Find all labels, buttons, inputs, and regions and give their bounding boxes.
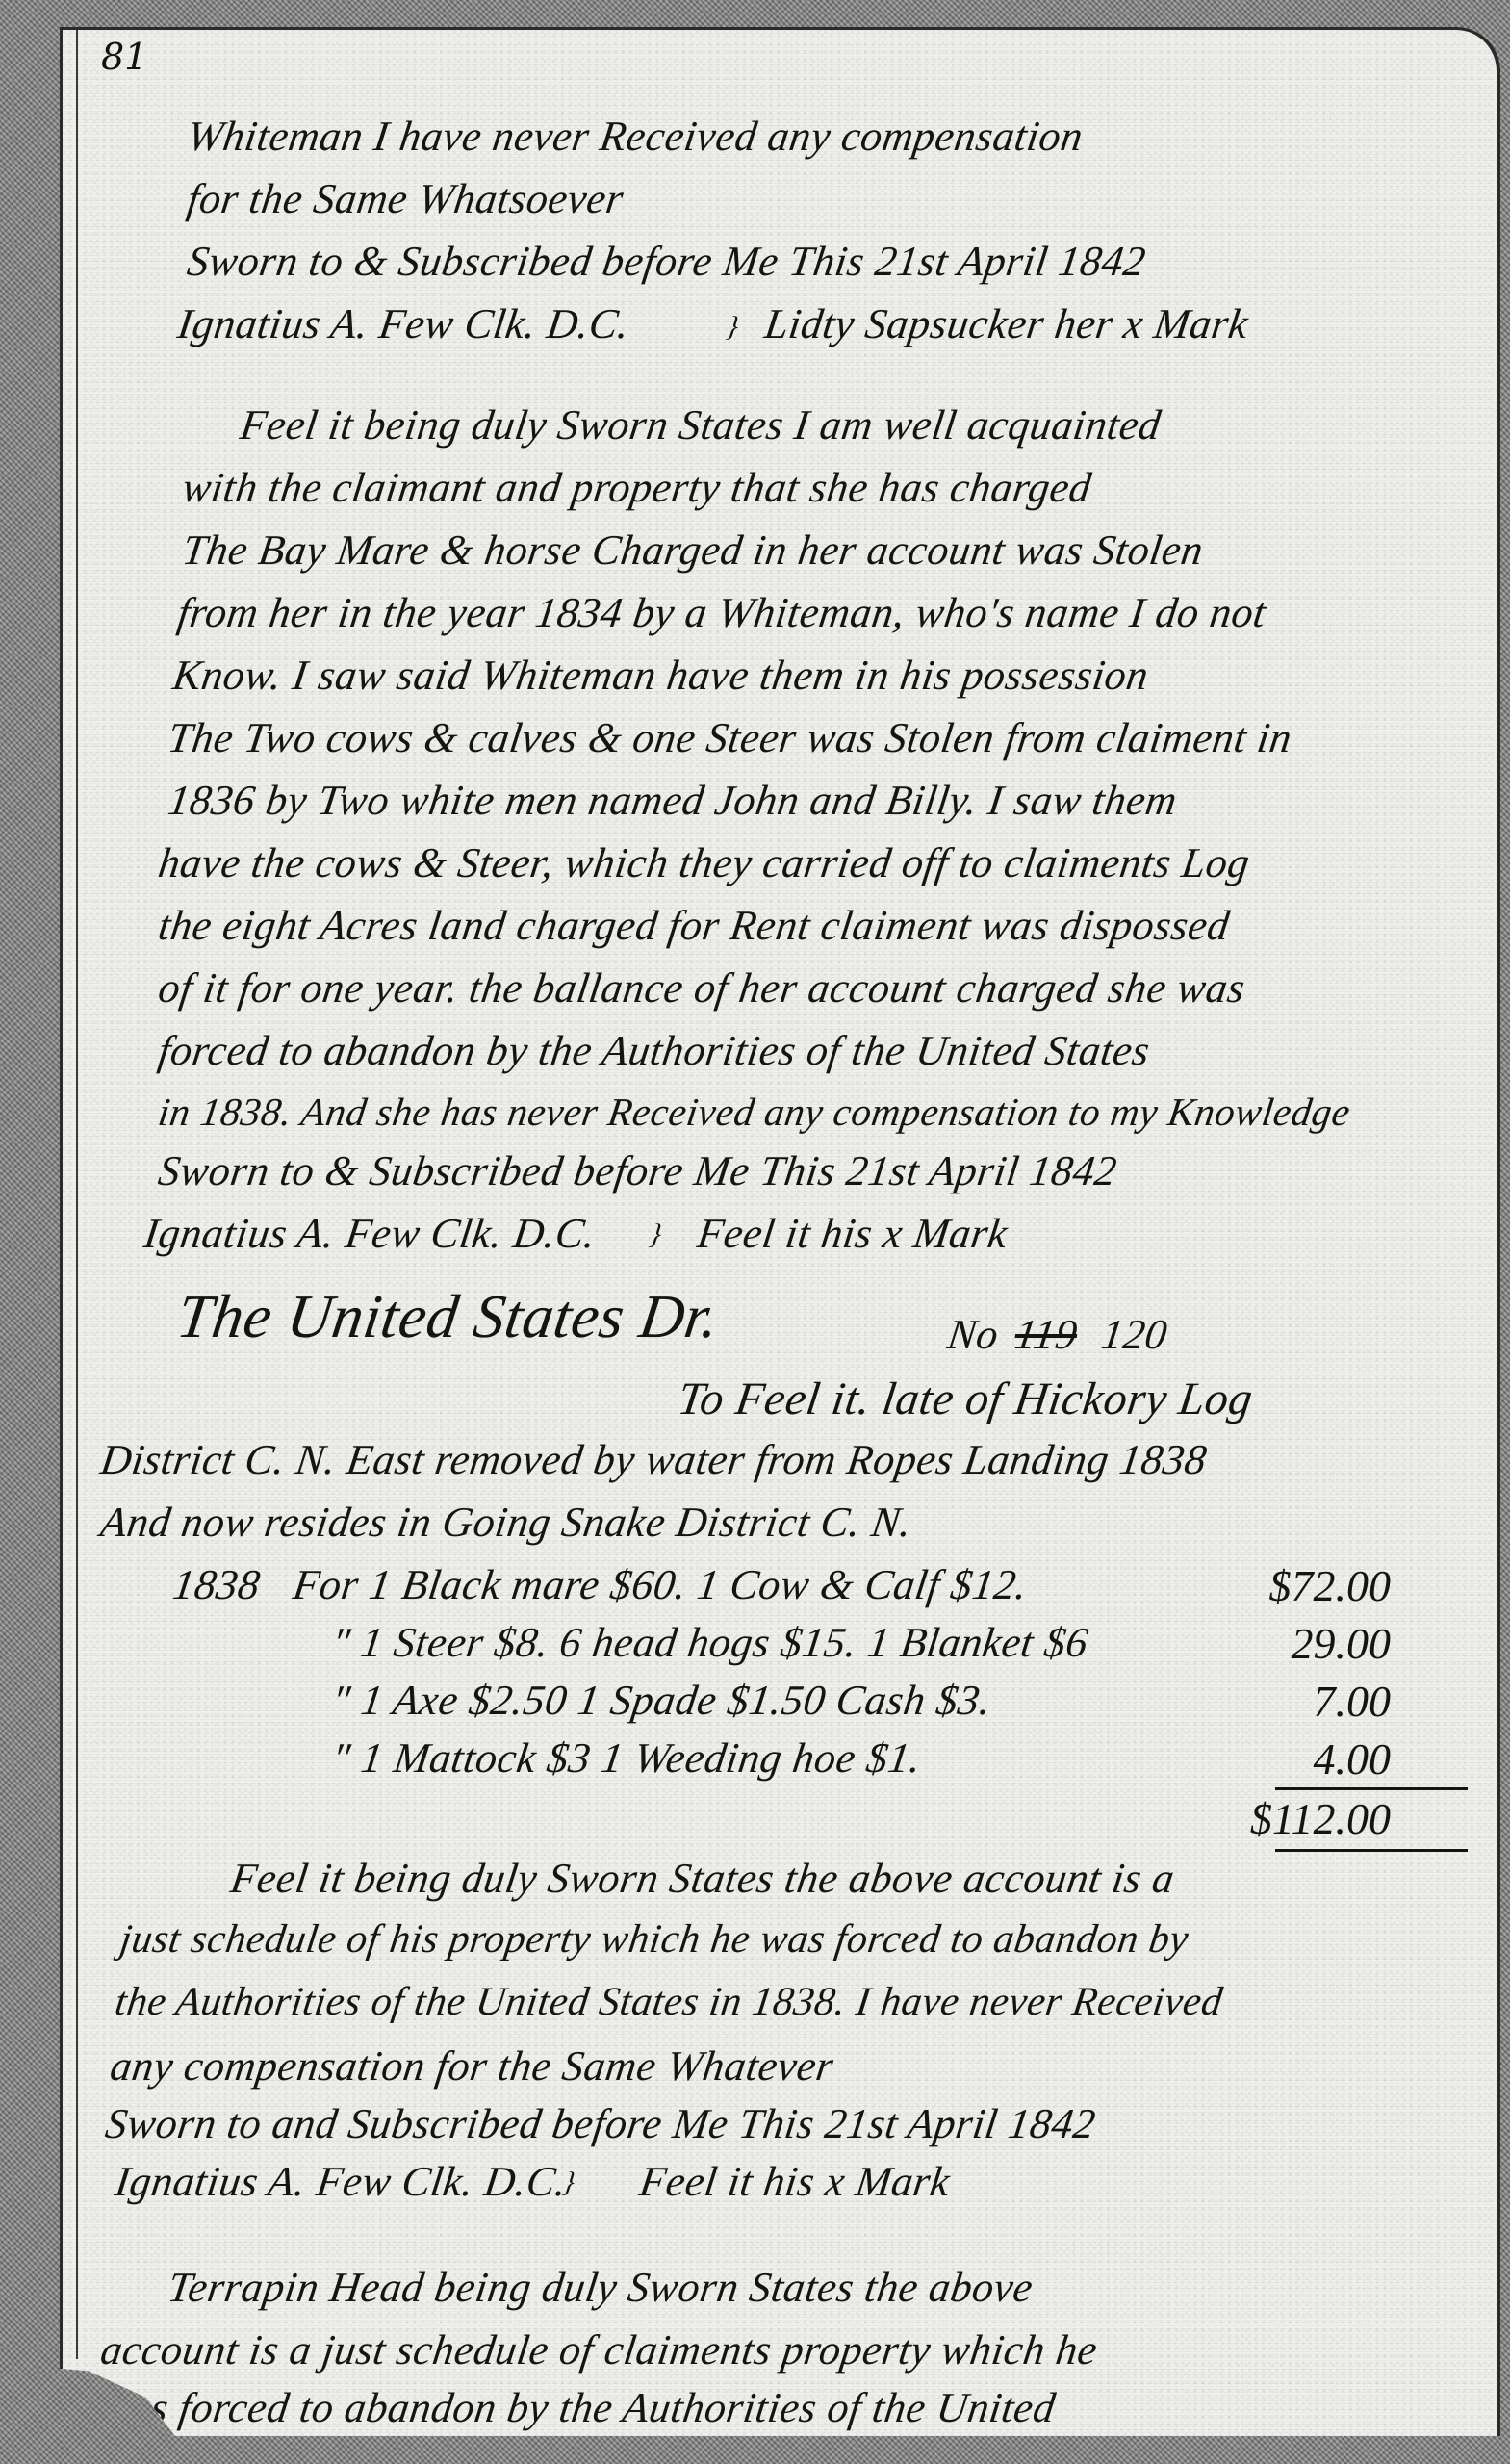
document-page: 81 Whiteman I have never Received any co… <box>60 27 1500 2436</box>
claim-number-struck: 119 <box>1011 1310 1080 1359</box>
claim-year: 1838 <box>169 1560 263 1609</box>
claim-to-line: To Feel it. late of Hickory Log <box>675 1373 1256 1425</box>
affidavit-3-line: the Authorities of the United States in … <box>113 1979 1226 2025</box>
clerk-signature: Ignatius A. Few Clk. D.C. <box>112 2157 570 2206</box>
affidavit-2-line: Sworn to & Subscribed before Me This 21s… <box>155 1146 1119 1195</box>
claim-total: $112.00 <box>1250 1793 1391 1844</box>
residence-line: District C. N. East removed by water fro… <box>97 1435 1210 1484</box>
claim-item: " 1 Steer $8. 6 head hogs $15. 1 Blanket… <box>328 1618 1091 1667</box>
folio-number: 81 <box>101 36 147 78</box>
claim-heading: The United States Dr. <box>173 1281 724 1352</box>
clerk-signature: Ignatius A. Few Clk. D.C. <box>141 1209 599 1258</box>
affidavit-1-line: Whiteman I have never Received any compe… <box>184 112 1086 161</box>
affidavit-4-line: Terrapin Head being duly Sworn States th… <box>165 2263 1036 2312</box>
total-rule <box>1275 1787 1468 1790</box>
margin-rule <box>76 30 78 2359</box>
affidavit-2-line: of it for one year. the ballance of her … <box>155 963 1248 1013</box>
affidavit-1-line: Sworn to & Subscribed before Me This 21s… <box>184 237 1148 286</box>
claim-number: 120 <box>1098 1310 1170 1359</box>
brace: } <box>725 311 741 344</box>
claimant-mark: Lidty Sapsucker her x Mark <box>761 299 1251 348</box>
affidavit-3-line: Sworn to and Subscribed before Me This 2… <box>102 2099 1098 2148</box>
affidavit-3-line: Feel it being duly Sworn States the abov… <box>227 1854 1177 1903</box>
affidavit-2-line: in 1838. And she has never Received any … <box>156 1089 1354 1135</box>
affidavit-2-line: from her in the year 1834 by a Whiteman,… <box>174 588 1268 637</box>
claim-item-amount: $72.00 <box>1269 1560 1392 1611</box>
affidavit-1-line: for the Same Whatsoever <box>184 174 627 223</box>
brace: } <box>648 1219 664 1251</box>
affidavit-4-line: account is a just schedule of claiments … <box>97 2325 1100 2374</box>
claim-item-amount: 7.00 <box>1314 1676 1392 1727</box>
claim-item: " 1 Mattock $3 1 Weeding hoe $1. <box>328 1733 924 1783</box>
clerk-signature: Ignatius A. Few Clk. D.C. <box>174 299 632 348</box>
claim-item: " 1 Axe $2.50 1 Spade $1.50 Cash $3. <box>328 1676 994 1725</box>
claim-item-amount: 29.00 <box>1292 1618 1392 1669</box>
residence-line: And now resides in Going Snake District … <box>97 1498 914 1547</box>
affidavit-2-line: The Bay Mare & horse Charged in her acco… <box>179 526 1206 575</box>
affidavit-2-line: The Two cows & calves & one Steer was St… <box>165 713 1294 762</box>
affidavit-2-line: the eight Acres land charged for Rent cl… <box>155 901 1233 950</box>
affidavit-3-line: just schedule of his property which he w… <box>117 1916 1192 1963</box>
affidavit-2-line: Feel it being duly Sworn States I am wel… <box>237 400 1164 449</box>
affidavit-3-line: any compensation for the Same Whatever <box>107 2041 836 2091</box>
claim-number-label: No <box>944 1310 1002 1359</box>
affidavit-2-line: with the claimant and property that she … <box>179 463 1094 512</box>
affidavit-2-line: 1836 by Two white men named John and Bil… <box>165 776 1180 825</box>
affidavit-2-line: have the cows & Steer, which they carrie… <box>155 838 1252 887</box>
claimant-mark: Feel it his x Mark <box>636 2157 953 2206</box>
affidavit-4-line: was forced to abandon by the Authorities… <box>97 2383 1058 2432</box>
claim-item: For 1 Black mare $60. 1 Cow & Calf $12. <box>290 1560 1030 1609</box>
witness-mark: Feel it his x Mark <box>694 1209 1011 1258</box>
total-double-rule <box>1275 1849 1468 1852</box>
affidavit-2-line: Know. I saw said Whiteman have them in h… <box>169 651 1151 700</box>
claim-item-amount: 4.00 <box>1314 1733 1392 1784</box>
affidavit-2-line: forced to abandon by the Authorities of … <box>155 1026 1153 1075</box>
